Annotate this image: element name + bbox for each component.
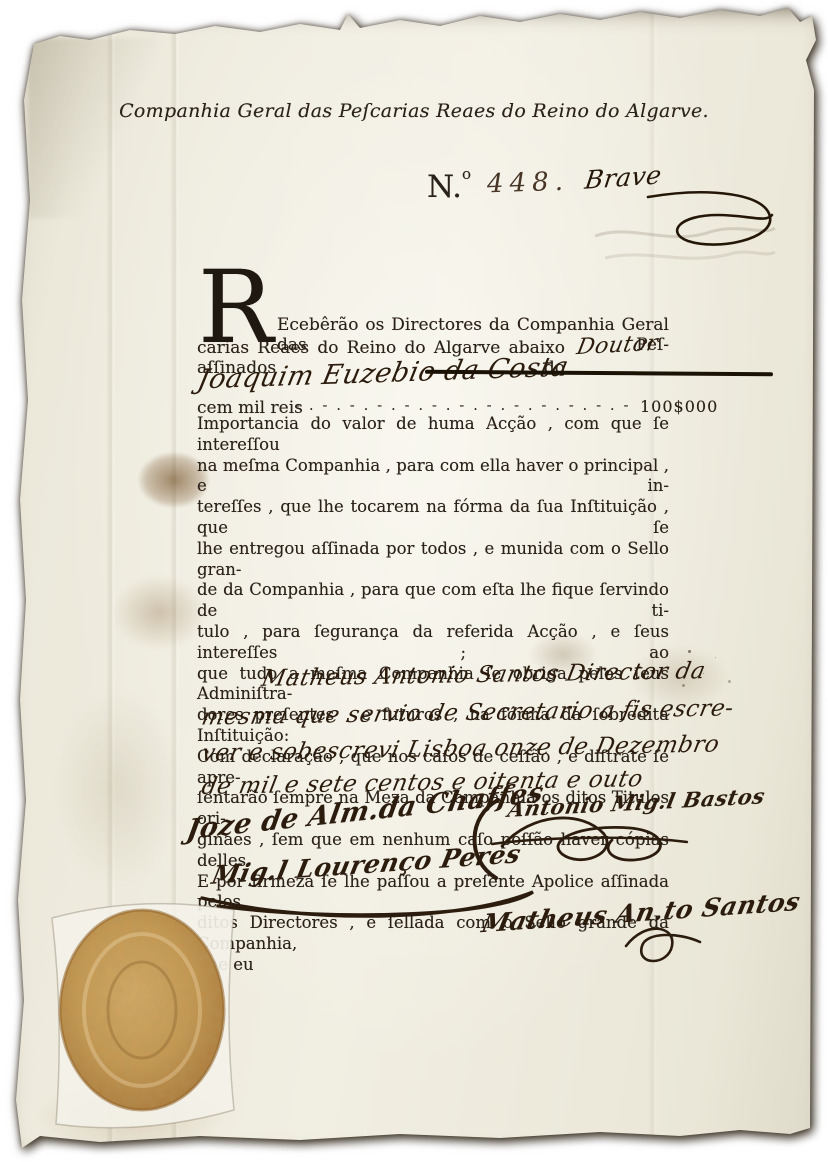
body-line: Importancia do valor de huma Acção , com…: [197, 414, 669, 456]
paper-sheet: Companhia Geral das Peſcarias Reaes do R…: [0, 0, 828, 1162]
body-closing-words: que eu: [197, 955, 669, 976]
number-label-n: N.: [427, 169, 462, 205]
signature-loop-flourish: [462, 798, 702, 888]
ink-stain: [112, 575, 207, 650]
body-line: lhe entregou aſſinada por todos , e muni…: [197, 539, 669, 581]
foxing-stain: [52, 688, 182, 888]
number-label-sup: o: [462, 165, 471, 183]
signature-tail-flourish: [618, 918, 708, 973]
number-label: N.o: [427, 165, 471, 205]
ink-splatter: [688, 650, 691, 653]
body-line: tulo , para ſegurança da referida Acção …: [197, 622, 669, 664]
document-page: Companhia Geral das Peſcarias Reaes do R…: [0, 0, 828, 1162]
certificate-number: 448.: [487, 167, 570, 200]
body-line: de da Companhia , para que com eſta lhe …: [197, 580, 669, 622]
corner-fold-shade: [28, 38, 158, 218]
handwritten-payer-title: Doutor: [575, 331, 660, 361]
wax-seal: [42, 898, 242, 1143]
amount-dash-leader: - . - . - . - . - . - . - . - . - . - . …: [295, 396, 630, 414]
body-line: na meſma Companhia , para com ella haver…: [197, 456, 669, 498]
annotation-flourish: [648, 185, 778, 255]
body-line: tereſſes , que lhe tocarem na fórma da ſ…: [197, 497, 669, 539]
company-title: Companhia Geral das Peſcarias Reaes do R…: [119, 100, 709, 122]
